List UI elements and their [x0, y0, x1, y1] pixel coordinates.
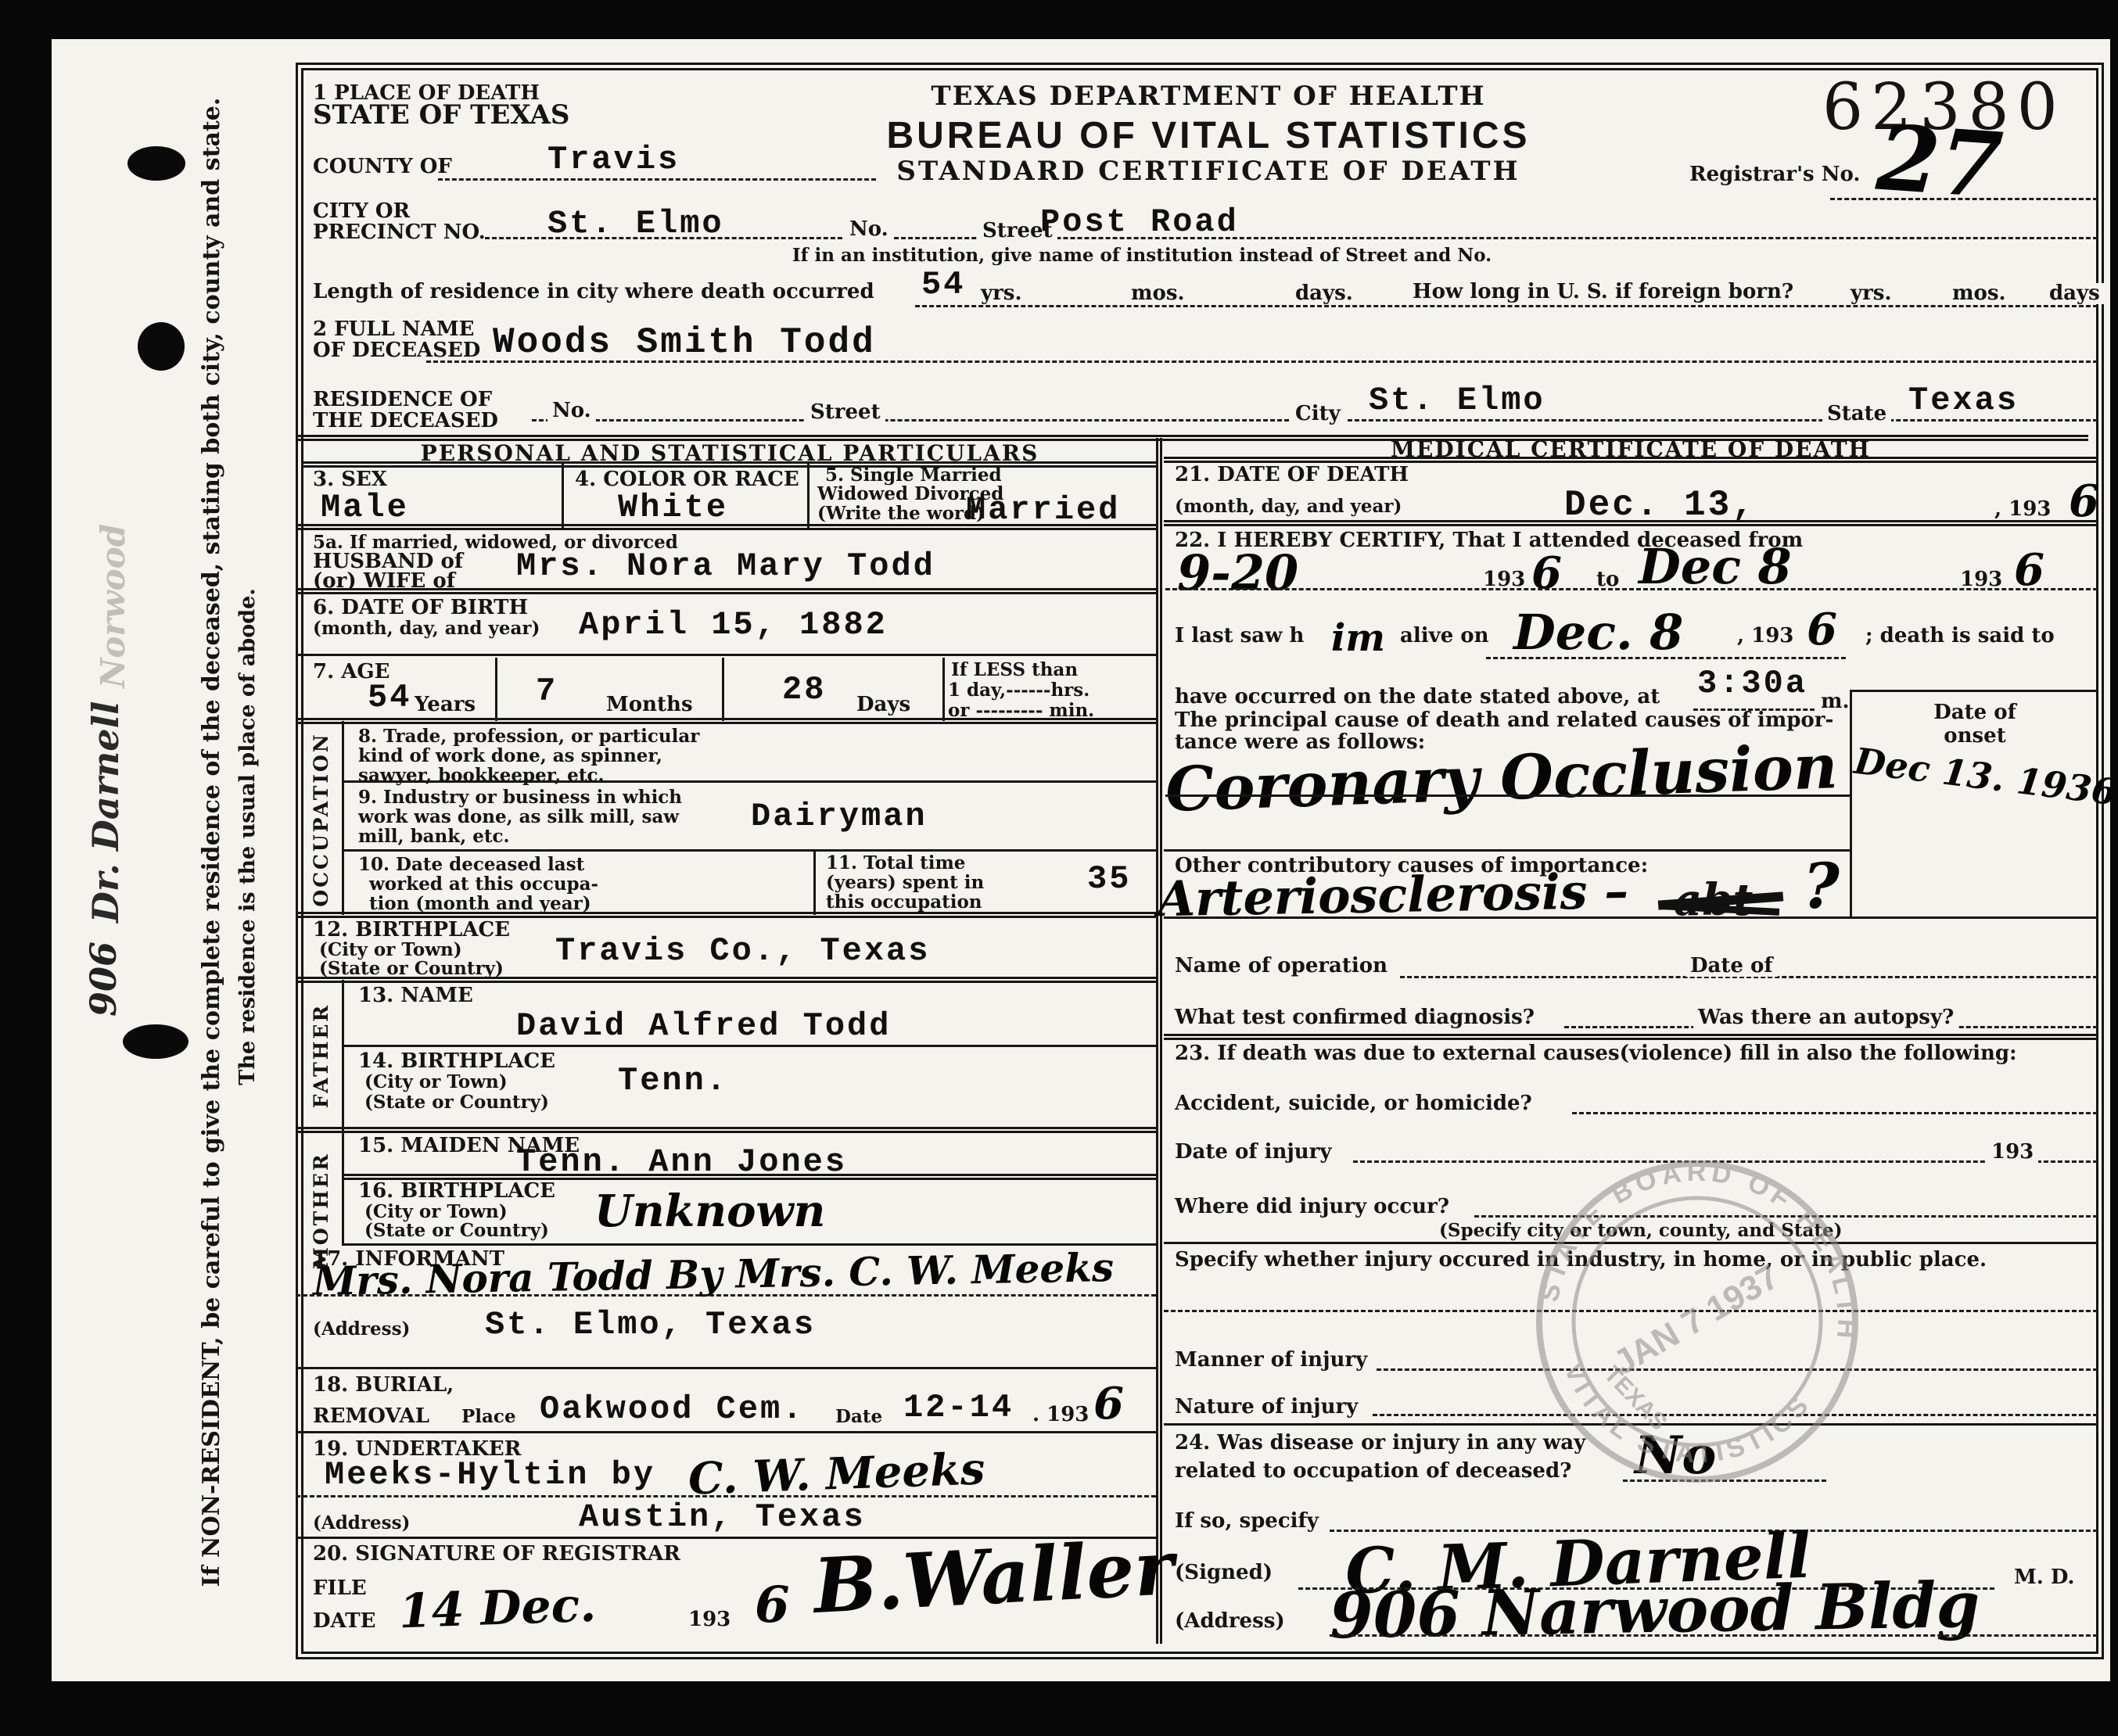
- days-label: days.: [1291, 283, 1358, 304]
- birthplace-state-sub: (State or Country): [319, 959, 504, 978]
- line: [342, 780, 1156, 783]
- margin-handwriting-number: 906: [82, 942, 124, 1017]
- dod-label: 21. DATE OF DEATH: [1175, 464, 1409, 486]
- contributory-question-mark: ?: [1803, 849, 1840, 923]
- age-months-value: 7: [536, 673, 558, 710]
- father-bp-state-sub: (State or Country): [364, 1093, 549, 1112]
- side-divider: [342, 721, 344, 915]
- if-so-label: If so, specify: [1175, 1511, 1319, 1532]
- full-name-label-2: OF DECEASED: [313, 340, 480, 361]
- occupation-side-label: OCCUPATION: [311, 726, 332, 913]
- less-label-2: 1 day,------hrs.: [948, 681, 1090, 700]
- burial-date-value: 12-14: [903, 1389, 1014, 1426]
- length-residence-label: Length of residence in city where death …: [313, 282, 874, 303]
- physician-addr-label: (Address): [1175, 1611, 1285, 1632]
- mos2-label: mos.: [1947, 283, 2011, 304]
- full-name-label-1: 2 FULL NAME: [313, 319, 474, 340]
- mother-bp-label: 16. BIRTHPLACE: [358, 1181, 555, 1202]
- dashed-line: [1572, 1112, 2098, 1114]
- dashed-line: [1165, 588, 2098, 590]
- place-label: Place: [461, 1408, 516, 1426]
- standard-title: STANDARD CERTIFICATE OF DEATH: [806, 158, 1611, 186]
- industry-value: Dairyman: [751, 798, 928, 835]
- hole-punch: [138, 322, 185, 371]
- res-street-label: Street: [806, 402, 885, 423]
- months-label: Months: [606, 694, 693, 716]
- marital-value: Married: [966, 491, 1120, 529]
- how-long-us-label: How long in U. S. if foreign born?: [1408, 282, 1798, 303]
- county-value: Travis: [547, 141, 680, 178]
- res-no-label: No.: [547, 400, 596, 421]
- birthplace-city-sub: (City or Town): [319, 941, 462, 959]
- less-label-1: If LESS than: [951, 661, 1078, 680]
- no-label: No.: [845, 219, 893, 240]
- onset-label-1: Date of: [1858, 702, 2092, 723]
- q9-label-3: mill, bank, etc.: [358, 827, 510, 846]
- registrar-no-value: 27: [1873, 106, 2005, 220]
- file-label: FILE: [313, 1578, 367, 1599]
- file-year-hand: 6: [755, 1576, 790, 1634]
- res-state-label: State: [1822, 404, 1891, 425]
- q11-label-1: 11. Total time: [826, 854, 965, 873]
- line: [296, 1127, 1156, 1133]
- last-saw-y: 6: [1807, 604, 1837, 655]
- precinct-no-label: PRECINCT NO.: [313, 222, 486, 243]
- physician-addr-value: 906 Narwood Bldg: [1329, 1568, 1980, 1652]
- cell-divider: [813, 852, 816, 915]
- file-193: 193: [688, 1609, 731, 1630]
- line: [296, 912, 1156, 918]
- last-saw-date-value: Dec. 8: [1513, 604, 1683, 661]
- hole-punch: [127, 146, 185, 181]
- last-saw-him-hand: im: [1331, 616, 1385, 660]
- mother-bp-state-sub: (State or Country): [364, 1221, 549, 1240]
- burial-place-value: Oakwood Cem.: [540, 1390, 804, 1428]
- father-side-label: FATHER: [311, 981, 332, 1130]
- line: [1850, 690, 2098, 692]
- days2-label: days: [2044, 283, 2105, 304]
- file-date-label: DATE: [313, 1611, 375, 1632]
- q11-label-3: this occupation: [826, 893, 982, 912]
- column-divider: [1156, 438, 1162, 1644]
- line: [342, 849, 1156, 852]
- last-saw-193: , 193: [1732, 626, 1798, 647]
- q8-label-1: 8. Trade, profession, or particular: [358, 727, 699, 746]
- mos-label: mos.: [1126, 283, 1190, 304]
- dashed-line: [485, 237, 2098, 239]
- dashed-line: [1486, 657, 1846, 659]
- full-name-value: Woods Smith Todd: [493, 322, 876, 363]
- residence-label-2: THE DECEASED: [313, 411, 498, 432]
- days-label2: Days: [856, 694, 910, 716]
- line: [342, 1045, 1156, 1047]
- registrar-signature-value: B.Waller: [811, 1523, 1176, 1630]
- hole-punch: [123, 1024, 188, 1059]
- injury-193: 193: [1987, 1142, 2038, 1163]
- attended-to-value: Dec 8: [1639, 538, 1792, 595]
- q8-label-2: kind of work done, as spinner,: [358, 747, 662, 766]
- age-days-value: 28: [782, 671, 826, 708]
- line: [296, 524, 1156, 530]
- informant-addr-value: St. Elmo, Texas: [485, 1306, 816, 1343]
- registrar-signature-label: 20. SIGNATURE OF REGISTRAR: [313, 1544, 680, 1565]
- received-date-stamp: STATE BOARD OF HEALTH VITAL STATISTICS T…: [1503, 1128, 1892, 1516]
- sex-label: 3. SEX: [313, 469, 387, 490]
- marital-label-1: 5. Single Married: [825, 466, 1002, 485]
- father-bp-city-sub: (City or Town): [364, 1073, 508, 1092]
- county-of-label: COUNTY OF: [313, 156, 452, 178]
- spouse-value: Mrs. Nora Mary Todd: [516, 547, 935, 585]
- q10-label-2: worked at this occupa-: [369, 875, 598, 894]
- father-name-value: David Alfred Todd: [516, 1007, 891, 1045]
- last-saw-label-1: I last saw h: [1175, 626, 1304, 647]
- dod-sublabel: (month, day, and year): [1175, 497, 1402, 516]
- bureau-title: BUREAU OF VITAL STATISTICS: [751, 114, 1666, 157]
- external-causes-label: 23. If death was due to external causes(…: [1175, 1043, 2017, 1064]
- sex-value: Male: [321, 489, 409, 526]
- operation-date-label: Date of: [1685, 956, 1778, 977]
- institution-note: If in an institution, give name of insti…: [766, 246, 1517, 265]
- where-injury-label: Where did injury occur?: [1175, 1196, 1449, 1218]
- principal-label-1: The principal cause of death and related…: [1175, 710, 1833, 731]
- dob-sublabel: (month, day, and year): [313, 619, 540, 638]
- dob-label: 6. DATE OF BIRTH: [313, 597, 528, 619]
- cell-divider: [807, 463, 810, 528]
- street-value: Post Road: [1040, 203, 1239, 241]
- nature-label: Nature of injury: [1175, 1397, 1358, 1418]
- undertaker-addr-label: (Address): [313, 1514, 410, 1533]
- dashed-line: [296, 1495, 1156, 1497]
- autopsy-label: Was there an autopsy?: [1693, 1007, 1958, 1028]
- line: [1164, 849, 1850, 852]
- line: [1164, 916, 2098, 919]
- race-value: White: [618, 489, 728, 526]
- line: [296, 588, 1156, 594]
- line: [296, 1367, 1156, 1369]
- res-state-value: Texas: [1908, 382, 2019, 419]
- line: [296, 977, 1156, 983]
- line: [303, 461, 1156, 468]
- operation-label: Name of operation: [1175, 956, 1387, 977]
- cell-divider: [942, 658, 945, 721]
- length-residence-value: 54: [921, 266, 965, 303]
- cell-divider: [722, 658, 724, 721]
- scanned-death-certificate: 906 Dr. Darnell Norwood If NON-RESIDENT,…: [0, 0, 2118, 1736]
- burial-193: . 193: [1032, 1404, 1089, 1426]
- dept-title: TEXAS DEPARTMENT OF HEALTH: [806, 83, 1611, 111]
- marital-label-3: (Write the word): [817, 504, 985, 523]
- q10-label-3: tion (month and year): [369, 895, 591, 913]
- race-label: 4. COLOR OR RACE: [575, 469, 799, 490]
- father-bp-value: Tenn.: [618, 1062, 728, 1099]
- dashed-line: [438, 178, 876, 181]
- q9-label-1: 9. Industry or business in which: [358, 788, 682, 807]
- accident-label: Accident, suicide, or homicide?: [1175, 1093, 1532, 1114]
- undertaker-value: Meeks-Hyltin by: [325, 1456, 655, 1494]
- dob-value: April 15, 1882: [579, 606, 888, 644]
- attended-from-value: 9-20: [1177, 544, 1298, 601]
- dashed-line: [915, 305, 2098, 307]
- residence-label-1: RESIDENCE OF: [313, 389, 492, 411]
- q11-label-2: (years) spent in: [826, 873, 984, 892]
- burial-date-label: Date: [835, 1408, 882, 1426]
- line: [296, 718, 1156, 724]
- test-label: What test confirmed diagnosis?: [1175, 1007, 1535, 1028]
- last-saw-label-3: ; death is said to: [1865, 626, 2055, 647]
- registrar-no-label: Registrar's No.: [1689, 164, 1860, 185]
- mother-bp-value: Unknown: [594, 1185, 825, 1237]
- burial-year-hand: 6: [1093, 1378, 1124, 1429]
- margin-handwriting-name: Dr. Darnell: [84, 701, 127, 923]
- occurred-time-value: 3:30a: [1697, 665, 1807, 702]
- q10-label-1: 10. Date deceased last: [358, 855, 584, 874]
- total-time-value: 35: [1087, 860, 1131, 898]
- city-value: St. Elmo: [547, 205, 724, 242]
- svg-text:VITAL STATISTICS: VITAL STATISTICS: [1547, 1355, 1819, 1486]
- undertaker-addr-value: Austin, Texas: [579, 1498, 866, 1536]
- line: [296, 654, 1156, 656]
- manner-label: Manner of injury: [1175, 1350, 1367, 1371]
- file-date-value: 14 Dec.: [398, 1578, 597, 1640]
- mother-bp-city-sub: (City or Town): [364, 1203, 508, 1221]
- yrs2-label: yrs.: [1846, 283, 1897, 304]
- years-label: Years: [415, 694, 476, 716]
- removal-label: REMOVAL: [313, 1406, 429, 1427]
- res-city-label: City: [1291, 404, 1345, 425]
- dashed-line: [296, 1294, 1156, 1297]
- stamp-arc-bottom-text: VITAL STATISTICS: [1547, 1355, 1819, 1486]
- line: [296, 1431, 1156, 1433]
- father-bp-label: 14. BIRTHPLACE: [358, 1051, 555, 1072]
- father-name-label: 13. NAME: [358, 985, 473, 1006]
- last-saw-label-2: alive on: [1400, 626, 1489, 647]
- res-city-value: St. Elmo: [1369, 382, 1545, 419]
- margin-note-residence: The residence is the usual place of abod…: [237, 340, 259, 1333]
- state-of-texas-label: STATE OF TEXAS: [313, 102, 569, 130]
- line: [1164, 457, 2098, 463]
- side-divider: [342, 980, 344, 1130]
- yrs-label: yrs.: [976, 283, 1027, 304]
- line: [1165, 794, 1850, 797]
- informant-addr-label: (Address): [313, 1320, 410, 1339]
- age-years-value: 54: [368, 679, 411, 716]
- burial-label: 18. BURIAL,: [313, 1375, 454, 1396]
- birthplace-label: 12. BIRTHPLACE: [313, 920, 510, 941]
- dashed-line: [1330, 1634, 2098, 1637]
- onset-box-divider: [1850, 690, 1852, 916]
- cell-divider: [495, 658, 497, 721]
- birthplace-value: Travis Co., Texas: [555, 932, 930, 970]
- margin-handwriting-faint: Norwood: [94, 524, 132, 688]
- attended-ya: 6: [1531, 547, 1562, 599]
- city-or-label: CITY OR: [313, 201, 410, 222]
- date-of-injury-label: Date of injury: [1175, 1142, 1331, 1163]
- stamp-date-text: JAN 7 1937: [1607, 1257, 1786, 1383]
- q9-label-2: work was done, as silk mill, saw: [358, 808, 679, 827]
- signed-label: (Signed): [1175, 1562, 1273, 1584]
- line: [1164, 520, 2098, 526]
- md-label: M. D.: [2014, 1567, 2075, 1588]
- cell-divider: [562, 463, 564, 528]
- side-divider: [342, 1130, 344, 1246]
- dod-193: , 193: [1994, 499, 2051, 520]
- occurred-label: have occurred on the date stated above, …: [1175, 687, 1660, 708]
- line: [1164, 1034, 2098, 1040]
- margin-note-nonresident: If NON-RESIDENT, be careful to give the …: [199, 48, 224, 1636]
